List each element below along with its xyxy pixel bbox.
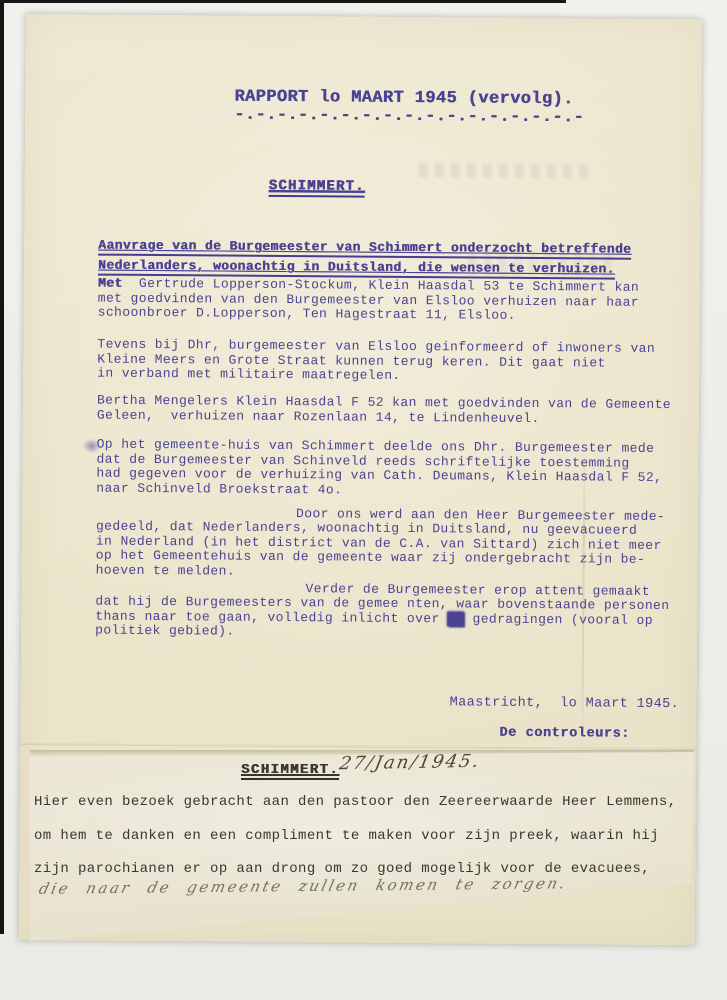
- closing-place-date: Maastricht, lo Maart 1945.: [450, 695, 680, 712]
- section-heading: SCHIMMERT.: [269, 178, 365, 198]
- closing-signoff: De controleurs:: [499, 726, 630, 742]
- title-underline-rule: -.-.-.-.-.-.-.-.-.-.-.-.-.-.-.-.-: [234, 106, 584, 128]
- bleed-through-smudge: [419, 163, 589, 178]
- note-line: om hem te danken en een compliment te ma…: [34, 828, 659, 844]
- note-line: Hier even bezoek gebracht aan den pastoo…: [34, 794, 677, 810]
- scanned-document: 11.27.10 b RAPPORT lo MAART 1945 (vervol…: [0, 0, 727, 1000]
- subject-line: Aanvrage van de Burgemeester van Schimme…: [98, 238, 631, 260]
- scan-edge-top: [0, 0, 566, 3]
- paragraph-2: Tevens bij Dhr, burgemeester van Elsloo …: [97, 338, 655, 386]
- paragraph-3: Bertha Mengelers Klein Haasdal F 52 kan …: [97, 394, 671, 428]
- obliterated-word: ██: [448, 611, 465, 626]
- paragraph-5: gedeeld, dat Nederlanders, woonachtig in…: [96, 520, 662, 582]
- scan-edge-left: [0, 0, 4, 934]
- subject-heading: Aanvrage van de Burgemeester van Schimme…: [98, 236, 631, 280]
- paragraph-1: Met Gertrude Lopperson-Stockum, Klein Ha…: [98, 277, 640, 325]
- note-handwritten-line: die naar de gemeente zullen komen te zor…: [37, 874, 569, 898]
- note-section-heading: SCHIMMERT.: [241, 762, 339, 780]
- overstruck-word: Met: [98, 276, 123, 291]
- paragraph-4: Op het gemeente-huis van Schimmert deeld…: [96, 438, 662, 500]
- paragraph-6: dat hij de Burgemeesters van de gemee nt…: [95, 595, 669, 643]
